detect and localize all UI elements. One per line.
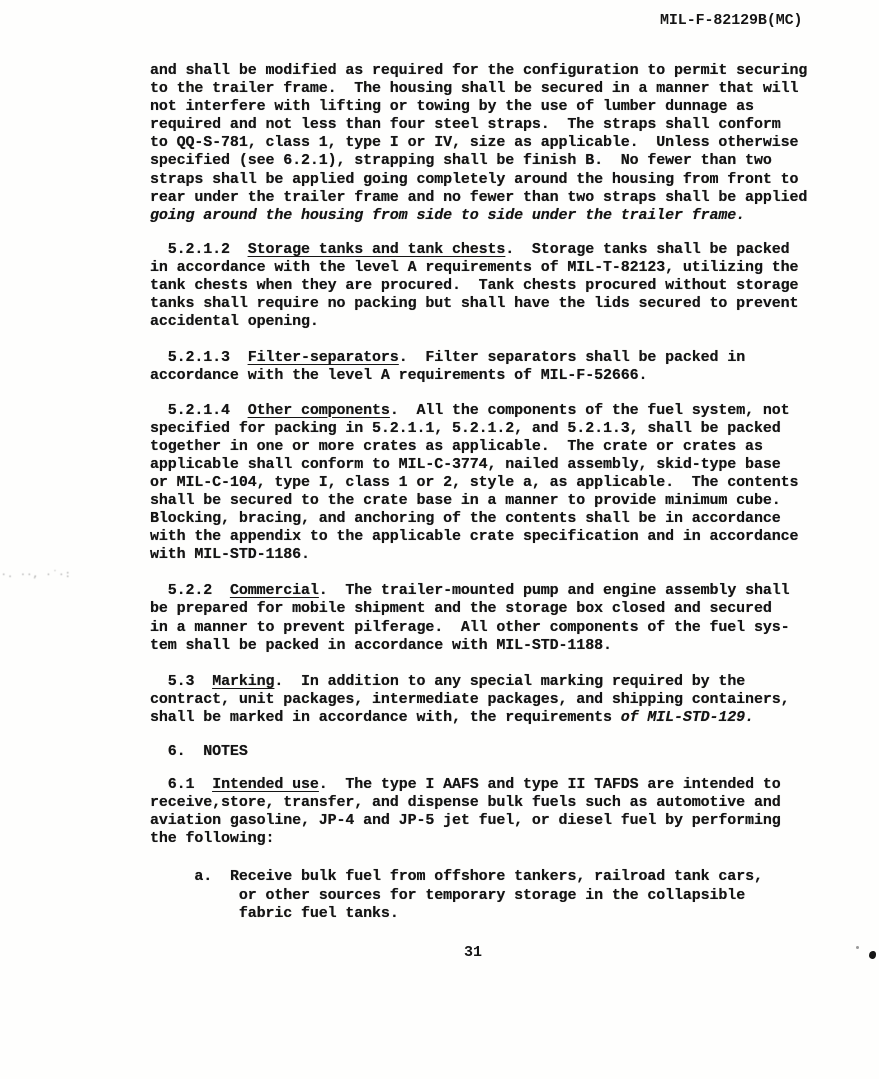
- paragraph-heading: Other components: [248, 402, 390, 419]
- scan-smudge-artifact: ·. ··, ·˙·:: [1, 570, 53, 580]
- paragraph-6-1-intended-use: 6.1 Intended use. The type I AAFS and ty…: [150, 776, 850, 848]
- paragraph-heading: Filter-separators: [248, 349, 399, 366]
- paragraph-prefix: 5.2.2: [150, 582, 230, 599]
- paragraph-prefix: 5.2.1.4: [150, 402, 248, 419]
- paragraph-prefix: 5.3: [150, 673, 212, 690]
- paragraph-text: a. Receive bulk fuel from offshore tanke…: [150, 868, 763, 921]
- paragraph-text: and shall be modified as required for th…: [150, 62, 807, 206]
- document-number-header: MIL-F-82129B(MC): [660, 12, 802, 29]
- list-item-a-receive-bulk-fuel: a. Receive bulk fuel from offshore tanke…: [150, 868, 850, 922]
- paragraph-continuation-5-2-1-1: and shall be modified as required for th…: [150, 62, 850, 225]
- paragraph-5-2-2-commercial: 5.2.2 Commercial. The trailer-mounted pu…: [150, 582, 850, 654]
- page-number: 31: [464, 944, 482, 961]
- paragraph-6-notes: 6. NOTES: [150, 743, 850, 761]
- paragraph-text-tail: going around the housing from side to si…: [150, 207, 745, 224]
- paragraph-prefix: 5.2.1.3: [150, 349, 248, 366]
- paragraph-heading: Marking: [212, 673, 274, 690]
- paragraph-text: 6. NOTES: [150, 743, 248, 760]
- paragraph-5-2-1-3-filter-separators: 5.2.1.3 Filter-separators. Filter separa…: [150, 349, 850, 385]
- paragraph-5-2-1-2-storage-tanks: 5.2.1.2 Storage tanks and tank chests. S…: [150, 241, 850, 331]
- paragraph-heading: Intended use: [212, 776, 319, 793]
- paragraph-text: . All the components of the fuel system,…: [150, 402, 798, 564]
- paragraph-prefix: 5.2.1.2: [150, 241, 248, 258]
- document-body: and shall be modified as required for th…: [150, 62, 850, 923]
- paragraph-heading: Commercial: [230, 582, 319, 599]
- paragraph-5-3-marking: 5.3 Marking. In addition to any special …: [150, 673, 850, 727]
- paragraph-prefix: 6.1: [150, 776, 212, 793]
- paragraph-heading: Storage tanks and tank chests: [248, 241, 506, 258]
- paragraph-5-2-1-4-other-components: 5.2.1.4 Other components. All the compon…: [150, 402, 850, 565]
- scan-speck-artifact-faint: [856, 946, 859, 949]
- scan-speck-artifact: [869, 951, 876, 959]
- scanned-document-page: MIL-F-82129B(MC) and shall be modified a…: [0, 0, 879, 1079]
- paragraph-text-tail: of MIL-STD-129.: [621, 709, 754, 726]
